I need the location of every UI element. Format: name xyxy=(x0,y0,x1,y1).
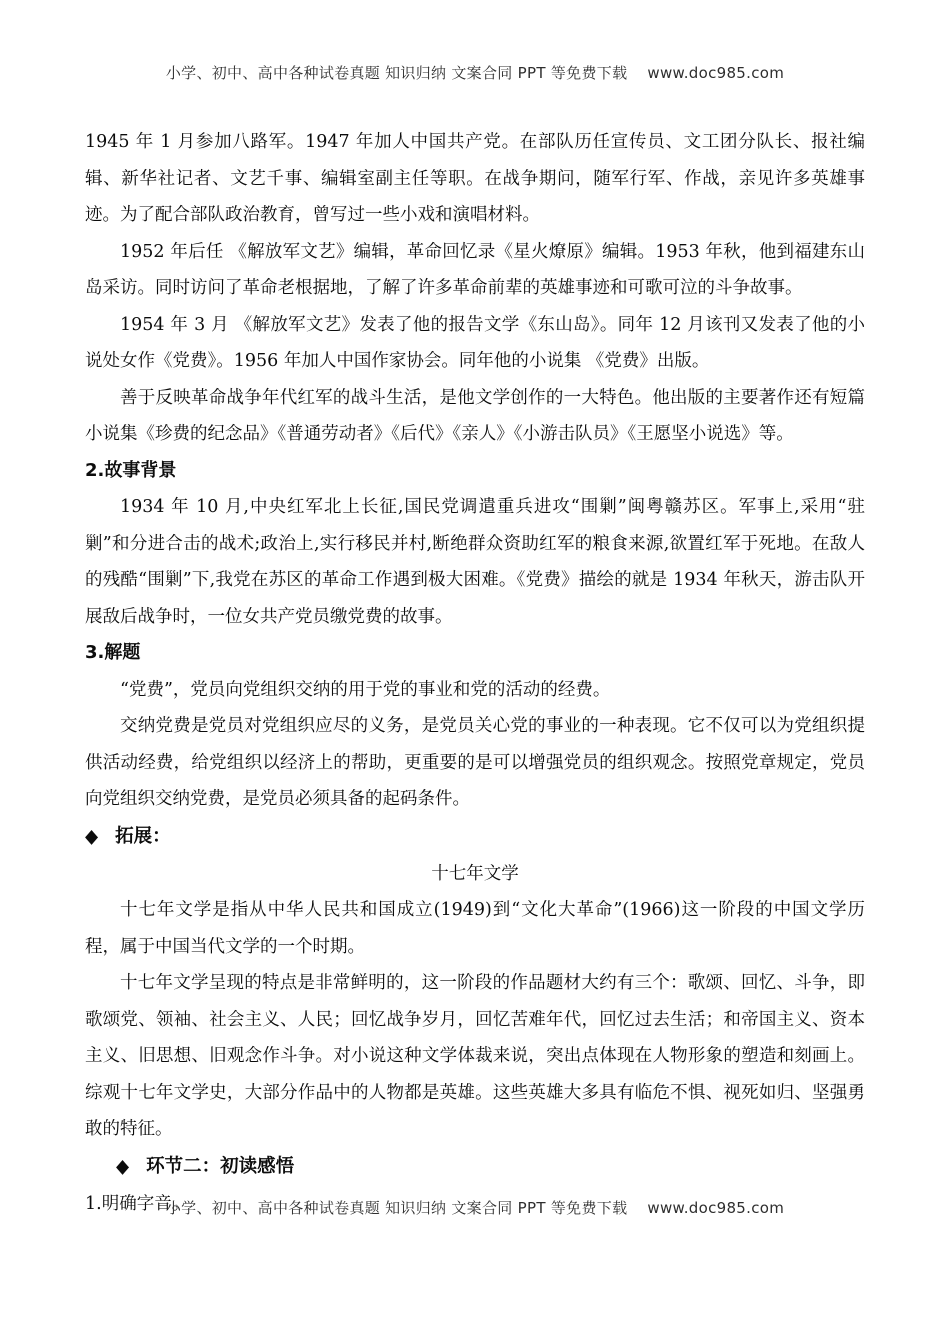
page-header: 小学、初中、高中各种试卷真题 知识归纳 文案合同 PPT 等免费下载www.do… xyxy=(0,62,950,83)
paragraph-seventeen-years-2: 十七年文学呈现的特点是非常鲜明的，这一阶段的作品题材大约有三个：歌颂、回忆、斗争… xyxy=(85,965,865,1148)
paragraph-bio-2: 1952 年后任 《解放军文艺》编辑，革命回忆录《星火燎原》编辑。1953 年秋… xyxy=(85,234,865,307)
paragraph-jieti-2: 交纳党费是党员对党组织应尽的义务，是党员关心党的事业的一种表现。它不仅可以为党组… xyxy=(85,708,865,818)
paragraph-bio-1: 1945 年 1 月参加八路军。1947 年加人中国共产党。在部队历任宣传员、文… xyxy=(85,124,865,234)
footer-url: www.doc985.com xyxy=(647,1199,784,1217)
subtitle-seventeen-years-literature: 十七年文学 xyxy=(85,856,865,893)
paragraph-story-background: 1934 年 10 月,中央红军北上长征,国民党调遣重兵进攻“围剿”闽粤赣苏区。… xyxy=(85,489,865,635)
diamond-bullet-icon: ◆ xyxy=(116,1146,129,1189)
header-text: 小学、初中、高中各种试卷真题 知识归纳 文案合同 PPT 等免费下载 xyxy=(166,64,628,82)
footer-text: 小学、初中、高中各种试卷真题 知识归纳 文案合同 PPT 等免费下载 xyxy=(166,1199,628,1217)
paragraph-jieti-1: “党费”，党员向党组织交纳的用于党的事业和党的活动的经费。 xyxy=(85,672,865,709)
bullet-heading-tuozhan-label: 拓展： xyxy=(115,826,171,847)
header-url: www.doc985.com xyxy=(647,64,784,82)
heading-story-background: 2.故事背景 xyxy=(85,453,865,490)
bullet-heading-huanjie2-label: 环节二：初读感悟 xyxy=(146,1156,294,1177)
page-footer: 小学、初中、高中各种试卷真题 知识归纳 文案合同 PPT 等免费下载www.do… xyxy=(0,1197,950,1218)
paragraph-seventeen-years-1: 十七年文学是指从中华人民共和国成立(1949)到“文化大革命”(1966)这一阶… xyxy=(85,892,865,965)
bullet-heading-huanjie2: ◆环节二：初读感悟 xyxy=(85,1148,865,1186)
bullet-heading-tuozhan: ◆拓展： xyxy=(85,818,865,856)
paragraph-bio-3: 1954 年 3 月 《解放军文艺》发表了他的报告文学《东山岛》。同年 12 月… xyxy=(85,307,865,380)
document-body: 1945 年 1 月参加八路军。1947 年加人中国共产党。在部队历任宣传员、文… xyxy=(85,124,865,1222)
paragraph-bio-4: 善于反映革命战争年代红军的战斗生活，是他文学创作的一大特色。他出版的主要著作还有… xyxy=(85,380,865,453)
diamond-bullet-icon: ◆ xyxy=(85,816,98,859)
document-page: 小学、初中、高中各种试卷真题 知识归纳 文案合同 PPT 等免费下载www.do… xyxy=(0,0,950,1344)
heading-jieti: 3.解题 xyxy=(85,635,865,672)
